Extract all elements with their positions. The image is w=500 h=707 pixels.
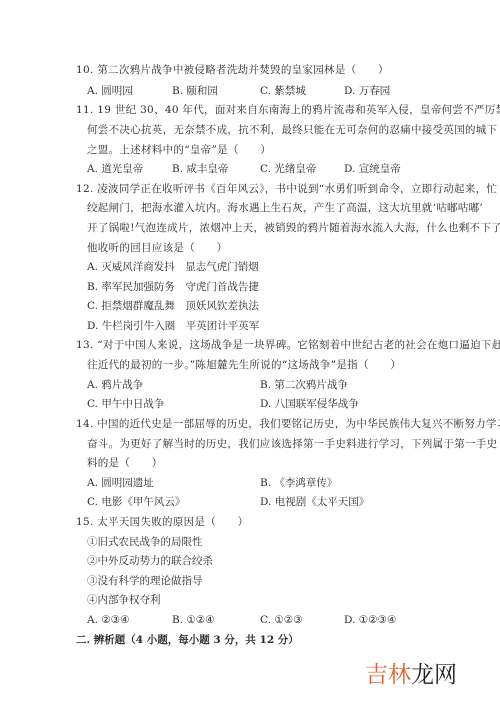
watermark-part-accent: 吉林: [365, 662, 411, 688]
section-heading: 二. 辨析题（4 小题，每小题 3 分，共 12 分）: [76, 633, 299, 647]
question-stem: 13. “对于中国人来说，这场战争是一块界碑。它铭刻着中世纪古老的社会在炮口逼迫…: [76, 338, 500, 352]
option-b: B. 《李鸿章传》: [260, 476, 337, 490]
question-stem-cont: 之盟。上述材料中的“皇帝”是（ ）: [87, 143, 271, 157]
option-c: C. 甲午中日战争: [87, 397, 164, 411]
question-stem: 12. 凌波同学正在收听评书《百年风云》，书中说到“水勇们听到命令，立即行动起来…: [76, 182, 497, 196]
option-b: B. ①②④: [172, 613, 215, 627]
option-d: D. 八国联军侵华战争: [260, 397, 359, 411]
question-stem-cont: 往近代的最初的一步。”陈旭麓先生所说的“这场战争”是指（ ）: [87, 358, 401, 372]
option-a: A. 道光皇帝: [87, 162, 143, 176]
site-watermark-logo: 吉林龙网: [365, 661, 457, 689]
option-d: D. 宣统皇帝: [344, 162, 401, 176]
option-b: B. 颐和园: [172, 84, 218, 98]
option-c: C. 光绪皇帝: [260, 162, 316, 176]
option-a: A. ②③④: [87, 613, 130, 627]
question-stem-cont: 绞起闸门，把海水灌入坑内。海水遇上生石灰，产生了高温，这大坑里就‘咕嘟咕嘟’: [87, 201, 483, 215]
question-stem: 11. 19 世纪 30、40 年代，面对来自东南海上的鸦片流毒和英军入侵，皇帝…: [76, 103, 500, 117]
option-c: C. ①②③: [260, 613, 303, 627]
question-stem-cont: 料的是（ ）: [87, 456, 163, 470]
option-a: A. 灭威风洋商发抖 显志气虎门销烟: [87, 260, 259, 274]
question-stem: 14. 中国的近代史是一部屈辱的历史，我们要铭记历史，为中华民族伟大复兴不断努力…: [76, 417, 500, 431]
option-b: B. 第二次鸦片战争: [260, 378, 348, 392]
option-b: B. 率军民加强防务 守虎门首战告捷: [87, 280, 259, 294]
statement-2: ②中外反动势力的联合绞杀: [87, 554, 213, 568]
option-a: A. 鸦片战争: [87, 378, 143, 392]
question-stem-cont: 何尝不决心抗英，无奈禁不成，抗不利，最终只能在无可奈何的忍痛中接受英国的城下: [87, 123, 497, 137]
option-d: D. 电视剧《太平天国》: [260, 495, 369, 509]
exam-page: 10. 第二次鸦片战争中被侵略者洗劫并焚毁的皇家园林是（ ） A. 圆明园 B.…: [0, 0, 500, 707]
question-stem-cont: 他收听的回目应该是（ ）: [87, 241, 227, 255]
question-stem-cont: 奋斗。为更好了解当时的历史，我们应该选择第一手史料进行学习，下列属于第一手史: [87, 437, 497, 451]
option-a: A. 圆明园: [87, 84, 133, 98]
watermark-part-dark: 龙网: [411, 662, 457, 688]
option-d: D. 万春园: [344, 84, 390, 98]
statement-3: ③没有科学的理论做指导: [87, 574, 203, 588]
option-c: C. 拒禁烟群魔乱舞 顶妖风钦差执法: [87, 299, 259, 313]
option-c: C. 紫禁城: [260, 84, 306, 98]
option-d: D. ①②③④: [344, 613, 396, 627]
question-stem: 10. 第二次鸦片战争中被侵略者洗劫并焚毁的皇家园林是（ ）: [76, 63, 389, 77]
option-b: B. 咸丰皇帝: [172, 162, 228, 176]
question-stem-cont: 开了锅啦!气泡连成片，浓烟冲上天，被销毁的鸦片随着海水流入大海，什么也剩不下了。…: [87, 221, 500, 235]
option-c: C. 电影《甲午风云》: [87, 495, 185, 509]
question-stem: 15. 太平天国失败的原因是（ ）: [76, 515, 248, 529]
statement-4: ④内部争权夺利: [87, 593, 161, 607]
option-d: D. 牛栏岗引牛入圈 平英团计平英军: [87, 319, 259, 333]
statement-1: ①旧式农民战争的局限性: [87, 535, 203, 549]
option-a: A. 圆明园遗址: [87, 476, 154, 490]
